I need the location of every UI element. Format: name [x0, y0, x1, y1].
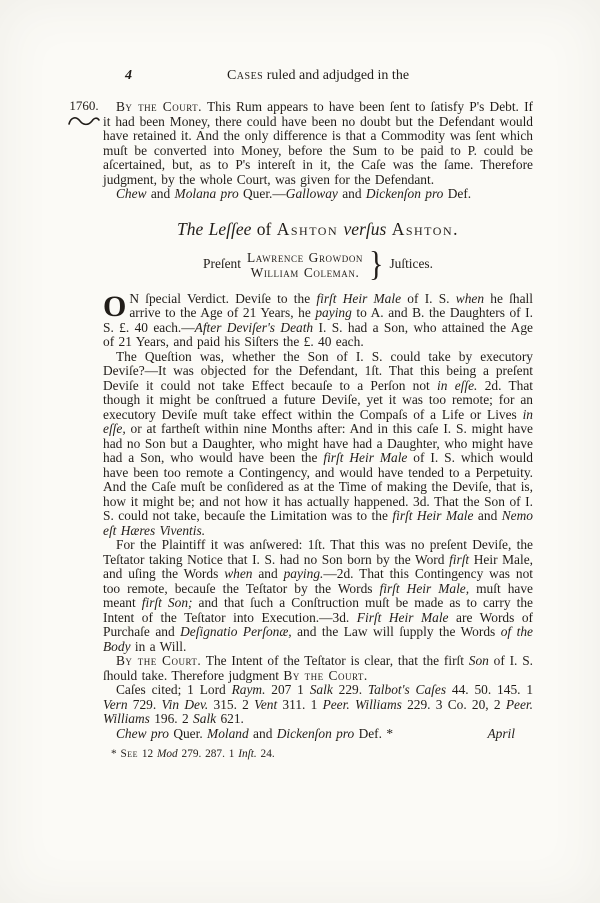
catchword: April [487, 727, 533, 742]
paragraph-question: The Queſtion was, whether the Son of I. … [103, 350, 533, 539]
paragraph-special-verdict-text: N ſpecial Verdict. Deviſe to the firſt H… [103, 291, 533, 350]
justice-name: William Coleman. [251, 265, 360, 280]
footnote: * See 12 Mod 279. 287. 1 Inſt. 24. [111, 748, 533, 761]
attorneys-text: Chew pro Quer. Moland and Dickenſon pro … [103, 727, 393, 742]
attorneys-line-2: Chew pro Quer. Moland and Dickenſon pro … [103, 727, 533, 742]
attorneys-line-1: Chew and Molana pro Quer.—Galloway and D… [103, 187, 533, 202]
brace-glyph: } [369, 247, 383, 282]
case-title: The Leſſee of Ashton verſus Ashton. [103, 218, 533, 240]
swash-brace-icon [67, 114, 101, 127]
margin-year: 1760. [69, 98, 98, 113]
justices-role-label: Juſtices. [389, 257, 433, 272]
present-label: Preſent [203, 257, 241, 272]
page-body: By the Court. This Rum appears to have b… [103, 100, 533, 761]
drop-cap: O [103, 292, 129, 319]
justices-present-block: Preſent Lawrence Growdon William Coleman… [103, 250, 533, 280]
margin-year-note: 1760. [64, 99, 104, 127]
running-title: Cases ruled and adjudged in the [227, 68, 409, 83]
paragraph-plaintiff-answer: For the Plaintiff it was anſwered: 1ſt. … [103, 538, 533, 654]
justice-names: Lawrence Growdon William Coleman. [247, 250, 363, 280]
justice-name: Lawrence Growdon [247, 250, 363, 265]
paragraph-by-the-court-2: By the Court. The Intent of the Teſtator… [103, 654, 533, 683]
paragraph-cases-cited: Caſes cited; 1 Lord Raym. 207 1 Salk 229… [103, 683, 533, 727]
paragraph-by-the-court-1: By the Court. This Rum appears to have b… [103, 100, 533, 187]
paragraph-special-verdict: ON ſpecial Verdict. Deviſe to the firſt … [103, 292, 533, 350]
book-page-scan: 4 Cases ruled and adjudged in the 1760. … [0, 0, 600, 903]
page-number: 4 [125, 68, 132, 84]
running-head: 4 Cases ruled and adjudged in the [103, 68, 533, 84]
